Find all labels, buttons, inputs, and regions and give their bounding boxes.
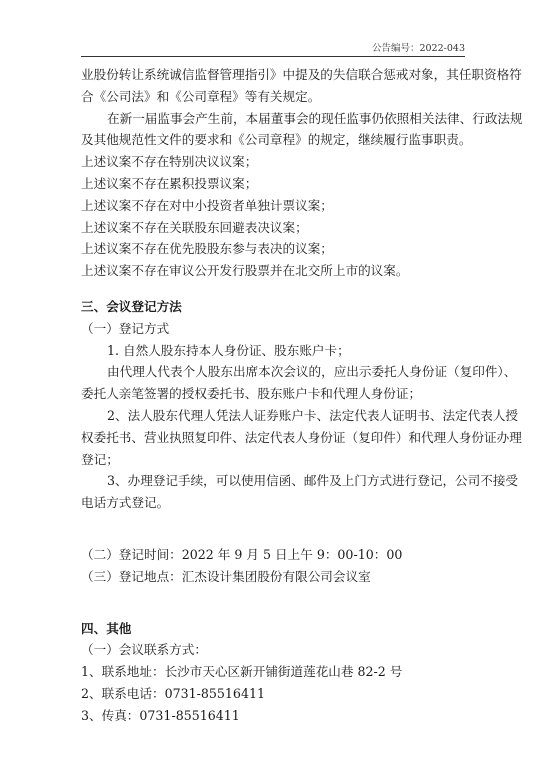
subsection-heading: （一）登记方式 [81,318,467,340]
paragraph-line: 业股份转让系统诚信监督管理指引》中提及的失信联合惩戒对象，其任职资格符 [81,64,467,86]
section-heading: 三、会议登记方法 [81,296,467,318]
paragraph-line: 及其他规范性文件的要求和《公司章程》的规定，继续履行监事职责。 [81,129,467,151]
paragraph-line: 电话方式登记。 [81,492,467,514]
list-item: 3、办理登记手续，可以使用信函、邮件及上门方式进行登记，公司不接受 [81,470,467,492]
registration-location: （三）登记地点：汇杰设计集团股份有限公司会议室 [81,566,467,588]
section-heading: 四、其他 [81,618,467,640]
list-item: 2、法人股东代理人凭法人证券账户卡、法定代表人证明书、法定代表人授 [81,405,467,427]
contact-address: 1、联系地址：长沙市天心区新开铺街道莲花山巷 82-2 号 [81,661,467,683]
announcement-number: 公告编号：2022-043 [372,40,465,54]
paragraph-line: 权委托书、营业执照复印件、法定代表人身份证（复印件）和代理人身份证办理 [81,427,467,449]
paragraph-line: 登记； [81,449,467,471]
list-item: 1. 自然人股东持本人身份证、股东账户卡； [81,340,467,362]
statement-line: 上述议案不存在对中小投资者单独计票议案； [81,195,467,217]
contact-fax: 3、传真：0731-85516411 [81,705,467,727]
paragraph-line: 委托人亲笔签署的授权委托书、股东账户卡和代理人身份证； [81,383,467,405]
document-body: 业股份转让系统诚信监督管理指引》中提及的失信联合惩戒对象，其任职资格符 合《公司… [81,64,467,727]
statement-line: 上述议案不存在优先股股东参与表决的议案； [81,238,467,260]
header-rule [81,56,465,57]
paragraph-line: 由代理人代表个人股东出席本次会议的，应出示委托人身份证（复印件）、 [81,361,467,383]
spacer [81,282,467,296]
statement-line: 上述议案不存在特别决议议案； [81,151,467,173]
statement-line: 上述议案不存在审议公开发行股票并在北交所上市的议案。 [81,260,467,282]
statement-line: 上述议案不存在关联股东回避表决议案； [81,217,467,239]
registration-time: （二）登记时间：2022 年 9 月 5 日上午 9：00-10：00 [81,544,467,566]
spacer [81,588,467,618]
subsection-heading: （一）会议联系方式： [81,639,467,661]
spacer [81,514,467,544]
statement-line: 上述议案不存在累积投票议案； [81,173,467,195]
contact-phone: 2、联系电话：0731-85516411 [81,683,467,705]
paragraph-line: 合《公司法》和《公司章程》等有关规定。 [81,86,467,108]
paragraph-line: 在新一届监事会产生前，本届董事会的现任监事仍依照相关法律、行政法规 [81,108,467,130]
